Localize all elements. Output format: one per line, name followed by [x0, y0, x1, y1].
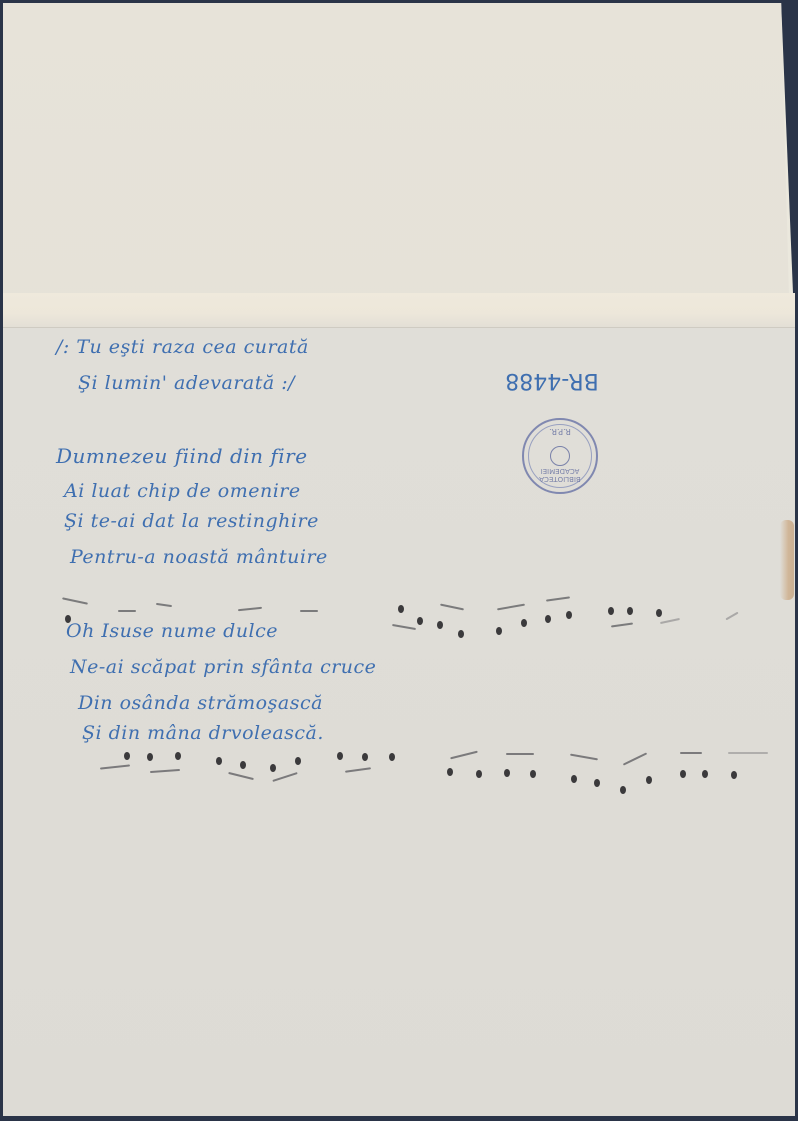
stamp-emblem-icon	[550, 446, 570, 466]
verse-3-line-1: Oh Isuse nume dulce	[66, 620, 278, 642]
verse-1-line-1: /: Tu eşti raza cea curată	[56, 336, 309, 358]
verse-2-line-3: Şi te-ai dat la restinghire	[64, 510, 319, 532]
verse-3-line-2: Ne-ai scăpat prin sfânta cruce	[70, 656, 376, 678]
library-stamp: BIBLIOTECA ACADEMIEI R.P.R.	[522, 418, 598, 494]
verse-2-line-1: Dumnezeu fiind din fire	[56, 444, 308, 468]
verse-1-line-2: Şi lumin' adevarată :/	[78, 372, 295, 394]
catalog-number: BR-4488	[497, 360, 607, 400]
verse-3-line-4: Şi din mâna drvolească.	[82, 722, 324, 744]
verse-2-line-2: Ai luat chip de omenire	[64, 480, 301, 502]
paper-fold	[3, 293, 795, 328]
verse-3-line-3: Din osânda strămoşască	[78, 692, 323, 714]
verse-2-line-4: Pentru-a noastă mântuire	[70, 546, 328, 568]
stamp-bottom-text: R.P.R.	[524, 427, 596, 436]
water-stain	[780, 520, 794, 600]
stamp-top-text: BIBLIOTECA ACADEMIEI	[524, 467, 596, 483]
